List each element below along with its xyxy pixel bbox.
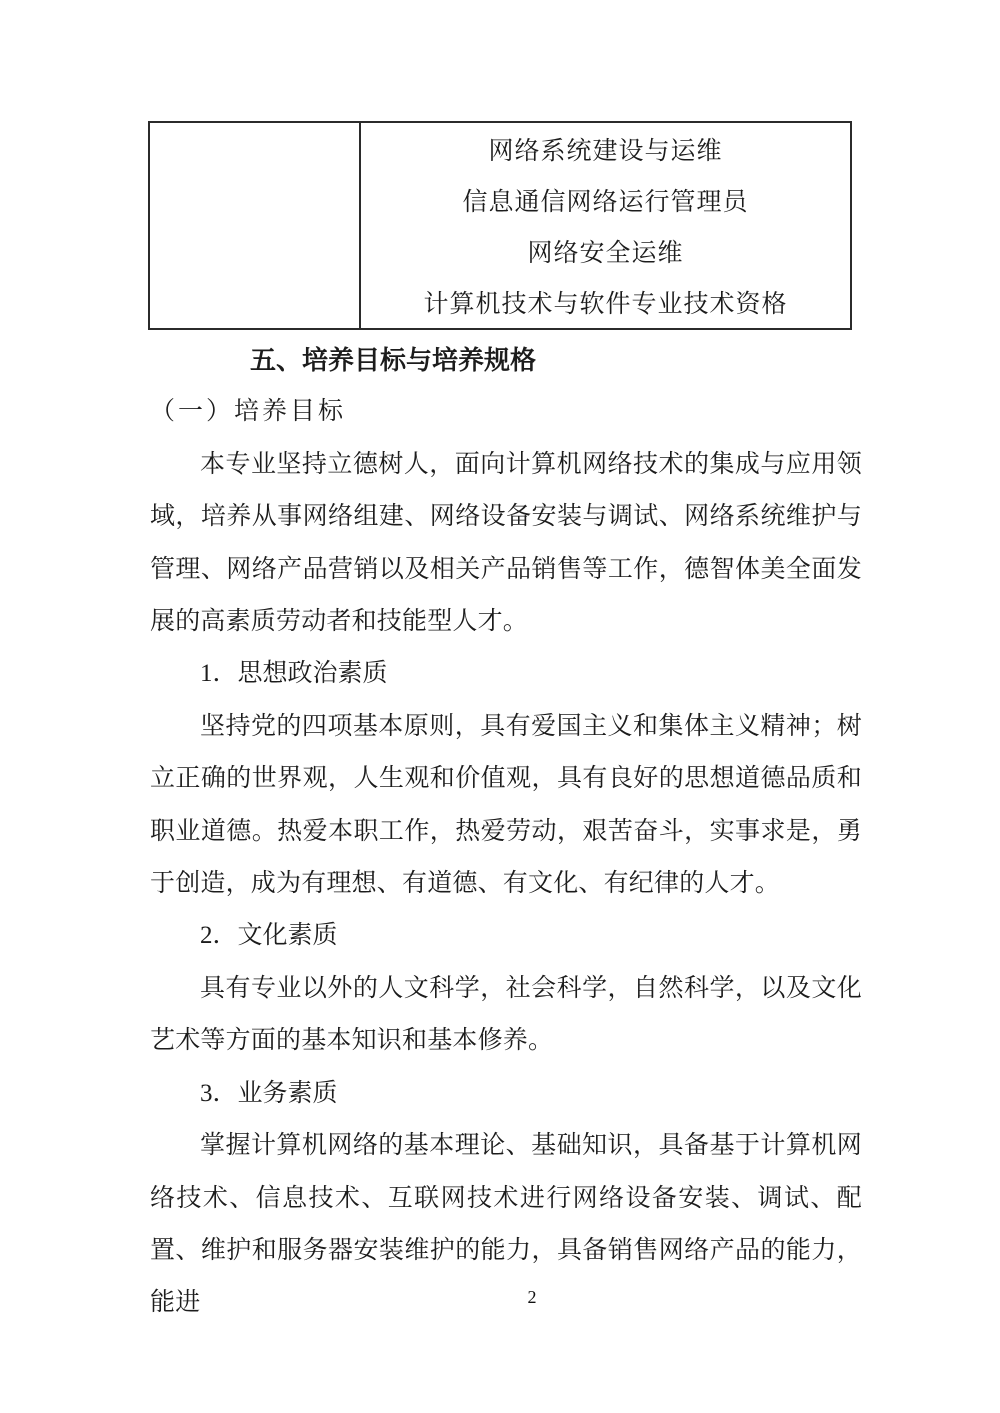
document-page: 网络系统建设与运维 信息通信网络运行管理员 网络安全运维 计算机技术与软件专业技… (0, 0, 1000, 1413)
table-row: 计算机技术与软件专业技术资格 (361, 277, 850, 328)
item2-title: 2．文化素质 (150, 910, 862, 962)
item1-title: 1．思想政治素质 (150, 648, 862, 700)
paragraph-training-objective: 本专业坚持立德树人，面向计算机网络技术的集成与应用领域，培养从事网络组建、网络设… (150, 439, 862, 649)
qualification-table: 网络系统建设与运维 信息通信网络运行管理员 网络安全运维 计算机技术与软件专业技… (148, 121, 852, 330)
page-number: 2 (32, 1287, 1000, 1308)
paragraph-item1: 坚持党的四项基本原则，具有爱国主义和集体主义精神；树立正确的世界观，人生观和价值… (150, 701, 862, 911)
table-cell-left-empty (150, 123, 361, 328)
table-row: 网络安全运维 (361, 226, 850, 277)
item3-title: 3．业务素质 (150, 1068, 862, 1120)
paragraph-item2: 具有专业以外的人文科学，社会科学，自然科学，以及文化艺术等方面的基本知识和基本修… (150, 963, 862, 1068)
document-body: 五、培养目标与培养规格 （一）培养目标 本专业坚持立德树人，面向计算机网络技术的… (150, 334, 862, 1330)
table-row: 信息通信网络运行管理员 (361, 174, 850, 225)
table-cell-right: 网络系统建设与运维 信息通信网络运行管理员 网络安全运维 计算机技术与软件专业技… (361, 123, 850, 328)
table-row: 网络系统建设与运维 (361, 123, 850, 174)
section-heading: 五、培养目标与培养规格 (150, 334, 862, 386)
subsection-heading: （一）培养目标 (150, 386, 862, 438)
